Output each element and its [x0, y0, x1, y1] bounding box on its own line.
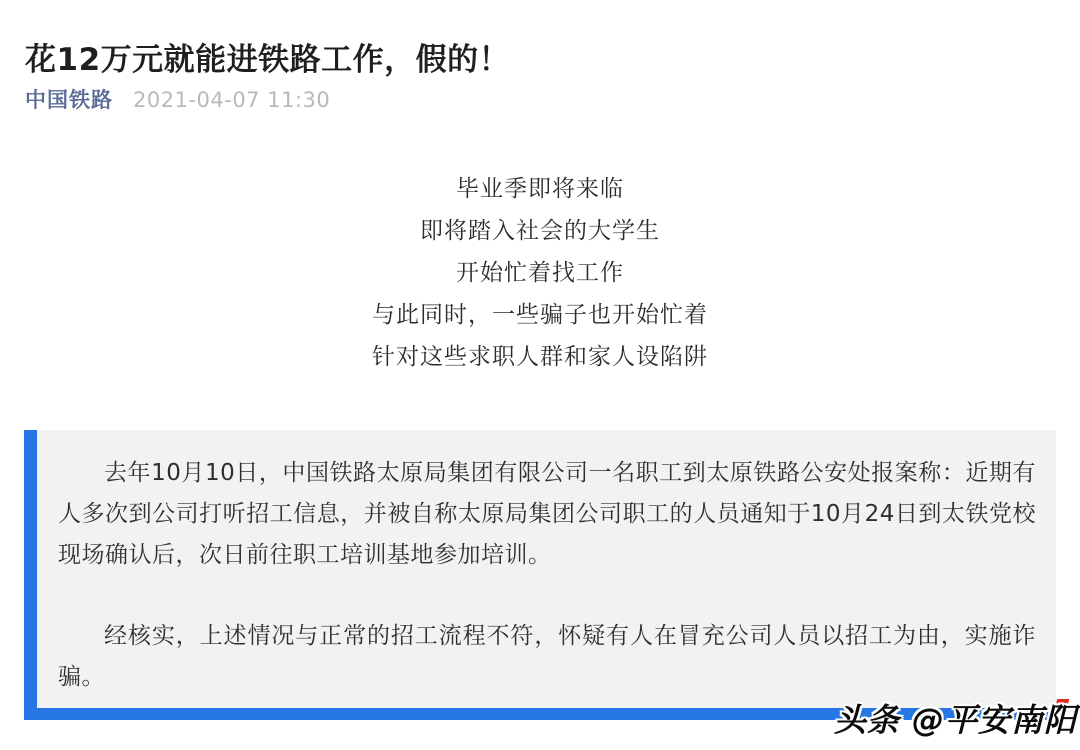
quote-box: 去年10月10日，中国铁路太原局集团有限公司一名职工到太原铁路公安处报案称：近期…: [24, 430, 1056, 720]
quote-paragraph: 去年10月10日，中国铁路太原局集团有限公司一名职工到太原铁路公安处报案称：近期…: [58, 453, 1036, 576]
intro-block: 毕业季即将来临 即将踏入社会的大学生 开始忙着找工作 与此同时，一些骗子也开始忙…: [0, 168, 1080, 378]
page-title: 花12万元就能进铁路工作，假的！: [25, 34, 510, 79]
intro-line: 即将踏入社会的大学生: [0, 210, 1080, 252]
intro-line: 针对这些求职人群和家人设陷阱: [0, 336, 1080, 378]
author-source-link[interactable]: 中国铁路: [25, 84, 113, 114]
toutiao-watermark: 头条 @平安南阳: [834, 695, 1077, 741]
intro-line: 毕业季即将来临: [0, 168, 1080, 210]
red-corner-ribbon-icon: [24, 430, 37, 440]
intro-line: 开始忙着找工作: [0, 252, 1080, 294]
byline: 中国铁路 2021-04-07 11:30: [25, 84, 330, 114]
publish-timestamp: 2021-04-07 11:30: [133, 88, 330, 112]
quote-paragraph: 经核实，上述情况与正常的招工流程不符，怀疑有人在冒充公司人员以招工为由，实施诈骗…: [58, 616, 1036, 698]
intro-line: 与此同时，一些骗子也开始忙着: [0, 294, 1080, 336]
article-page: 花12万元就能进铁路工作，假的！ 中国铁路 2021-04-07 11:30 毕…: [0, 0, 1080, 750]
watermark-text: 头条 @平安南阳: [834, 701, 1077, 739]
